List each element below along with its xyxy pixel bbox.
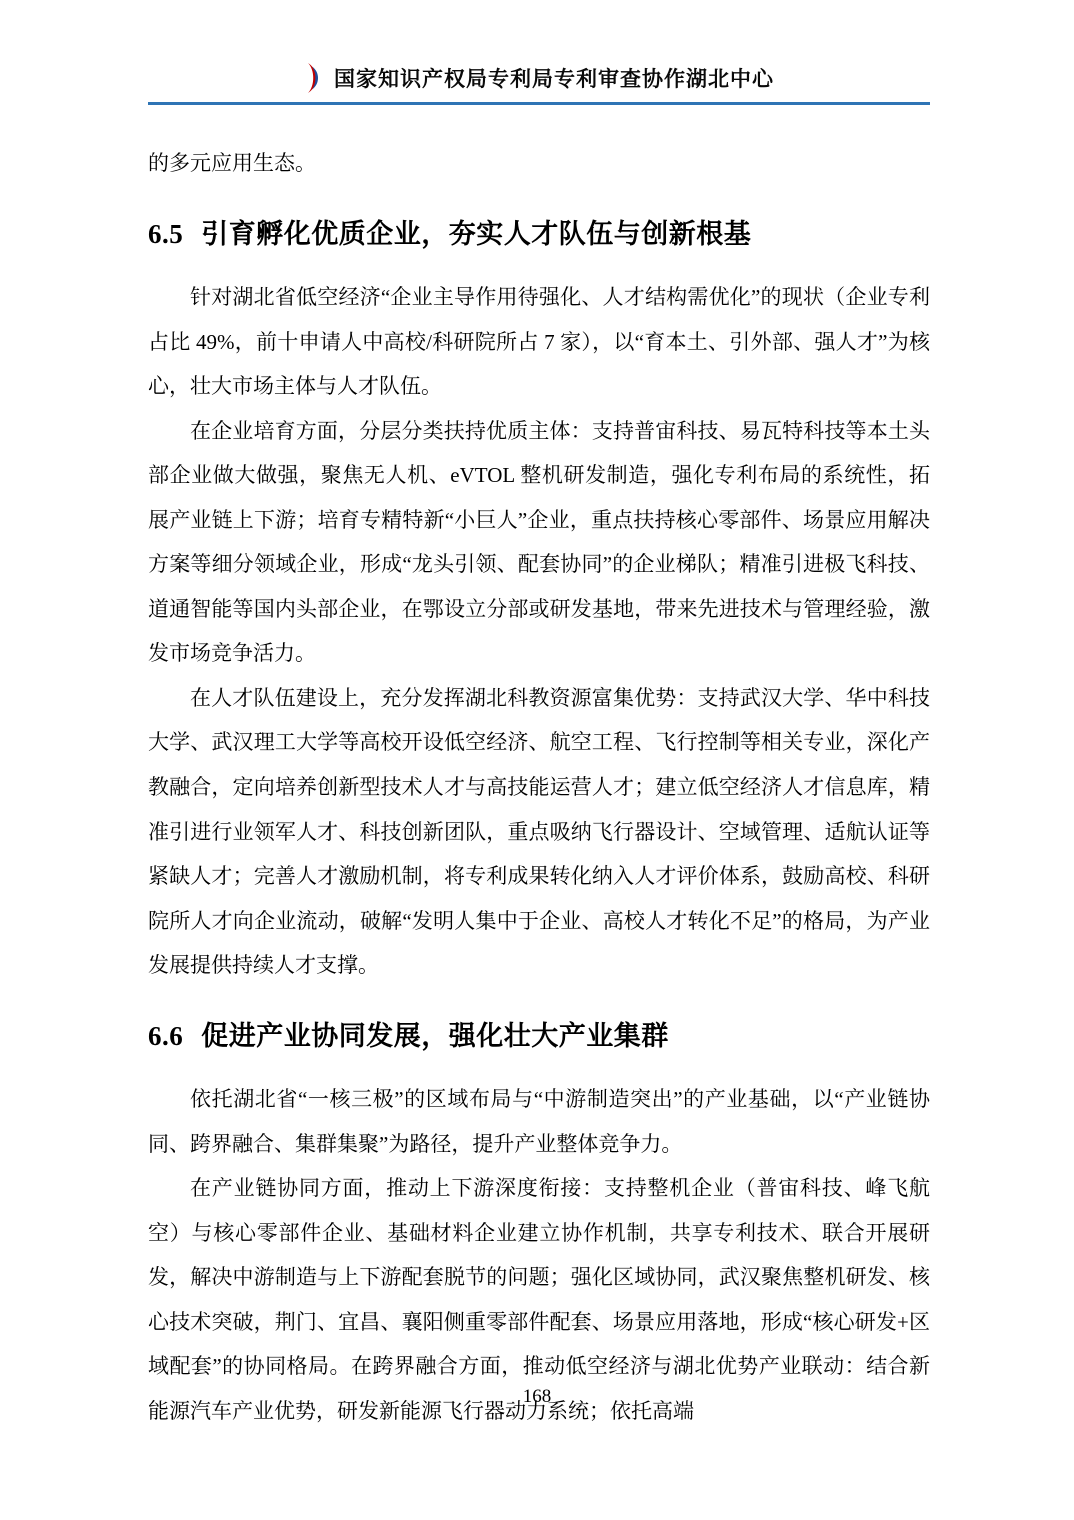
section-number: 6.5 bbox=[148, 219, 183, 249]
page-number: 168 bbox=[523, 1386, 552, 1407]
header-title: 国家知识产权局专利局专利审查协作湖北中心 bbox=[334, 63, 774, 93]
paragraph: 针对湖北省低空经济“企业主导作用待强化、人才结构需优化”的现状（企业专利占比 4… bbox=[148, 275, 930, 409]
document-page: 国家知识产权局专利局专利审查协作湖北中心 的多元应用生态。 6.5引育孵化优质企… bbox=[0, 0, 1074, 1520]
center-logo-icon bbox=[304, 62, 322, 94]
paragraph: 依托湖北省“一核三极”的区域布局与“中游制造突出”的产业基础，以“产业链协同、跨… bbox=[148, 1077, 930, 1166]
document-body: 的多元应用生态。 6.5引育孵化优质企业，夯实人才队伍与创新根基 针对湖北省低空… bbox=[148, 141, 930, 1433]
section-number: 6.6 bbox=[148, 1021, 183, 1051]
section-title: 引育孵化优质企业，夯实人才队伍与创新根基 bbox=[201, 219, 751, 249]
header-title-row: 国家知识产权局专利局专利审查协作湖北中心 bbox=[148, 62, 930, 102]
header-divider bbox=[148, 102, 930, 105]
page-footer: 168 bbox=[0, 1386, 1074, 1408]
paragraph-lead: 的多元应用生态。 bbox=[148, 141, 930, 186]
section-heading-6-6: 6.6促进产业协同发展，强化壮大产业集群 bbox=[148, 1018, 930, 1056]
paragraph: 在企业培育方面，分层分类扶持优质主体：支持普宙科技、易瓦特科技等本土头部企业做大… bbox=[148, 409, 930, 676]
section-title: 促进产业协同发展，强化壮大产业集群 bbox=[201, 1021, 669, 1051]
page-header: 国家知识产权局专利局专利审查协作湖北中心 bbox=[148, 62, 930, 105]
paragraph: 在人才队伍建设上，充分发挥湖北科教资源富集优势：支持武汉大学、华中科技大学、武汉… bbox=[148, 676, 930, 988]
section-heading-6-5: 6.5引育孵化优质企业，夯实人才队伍与创新根基 bbox=[148, 216, 930, 254]
